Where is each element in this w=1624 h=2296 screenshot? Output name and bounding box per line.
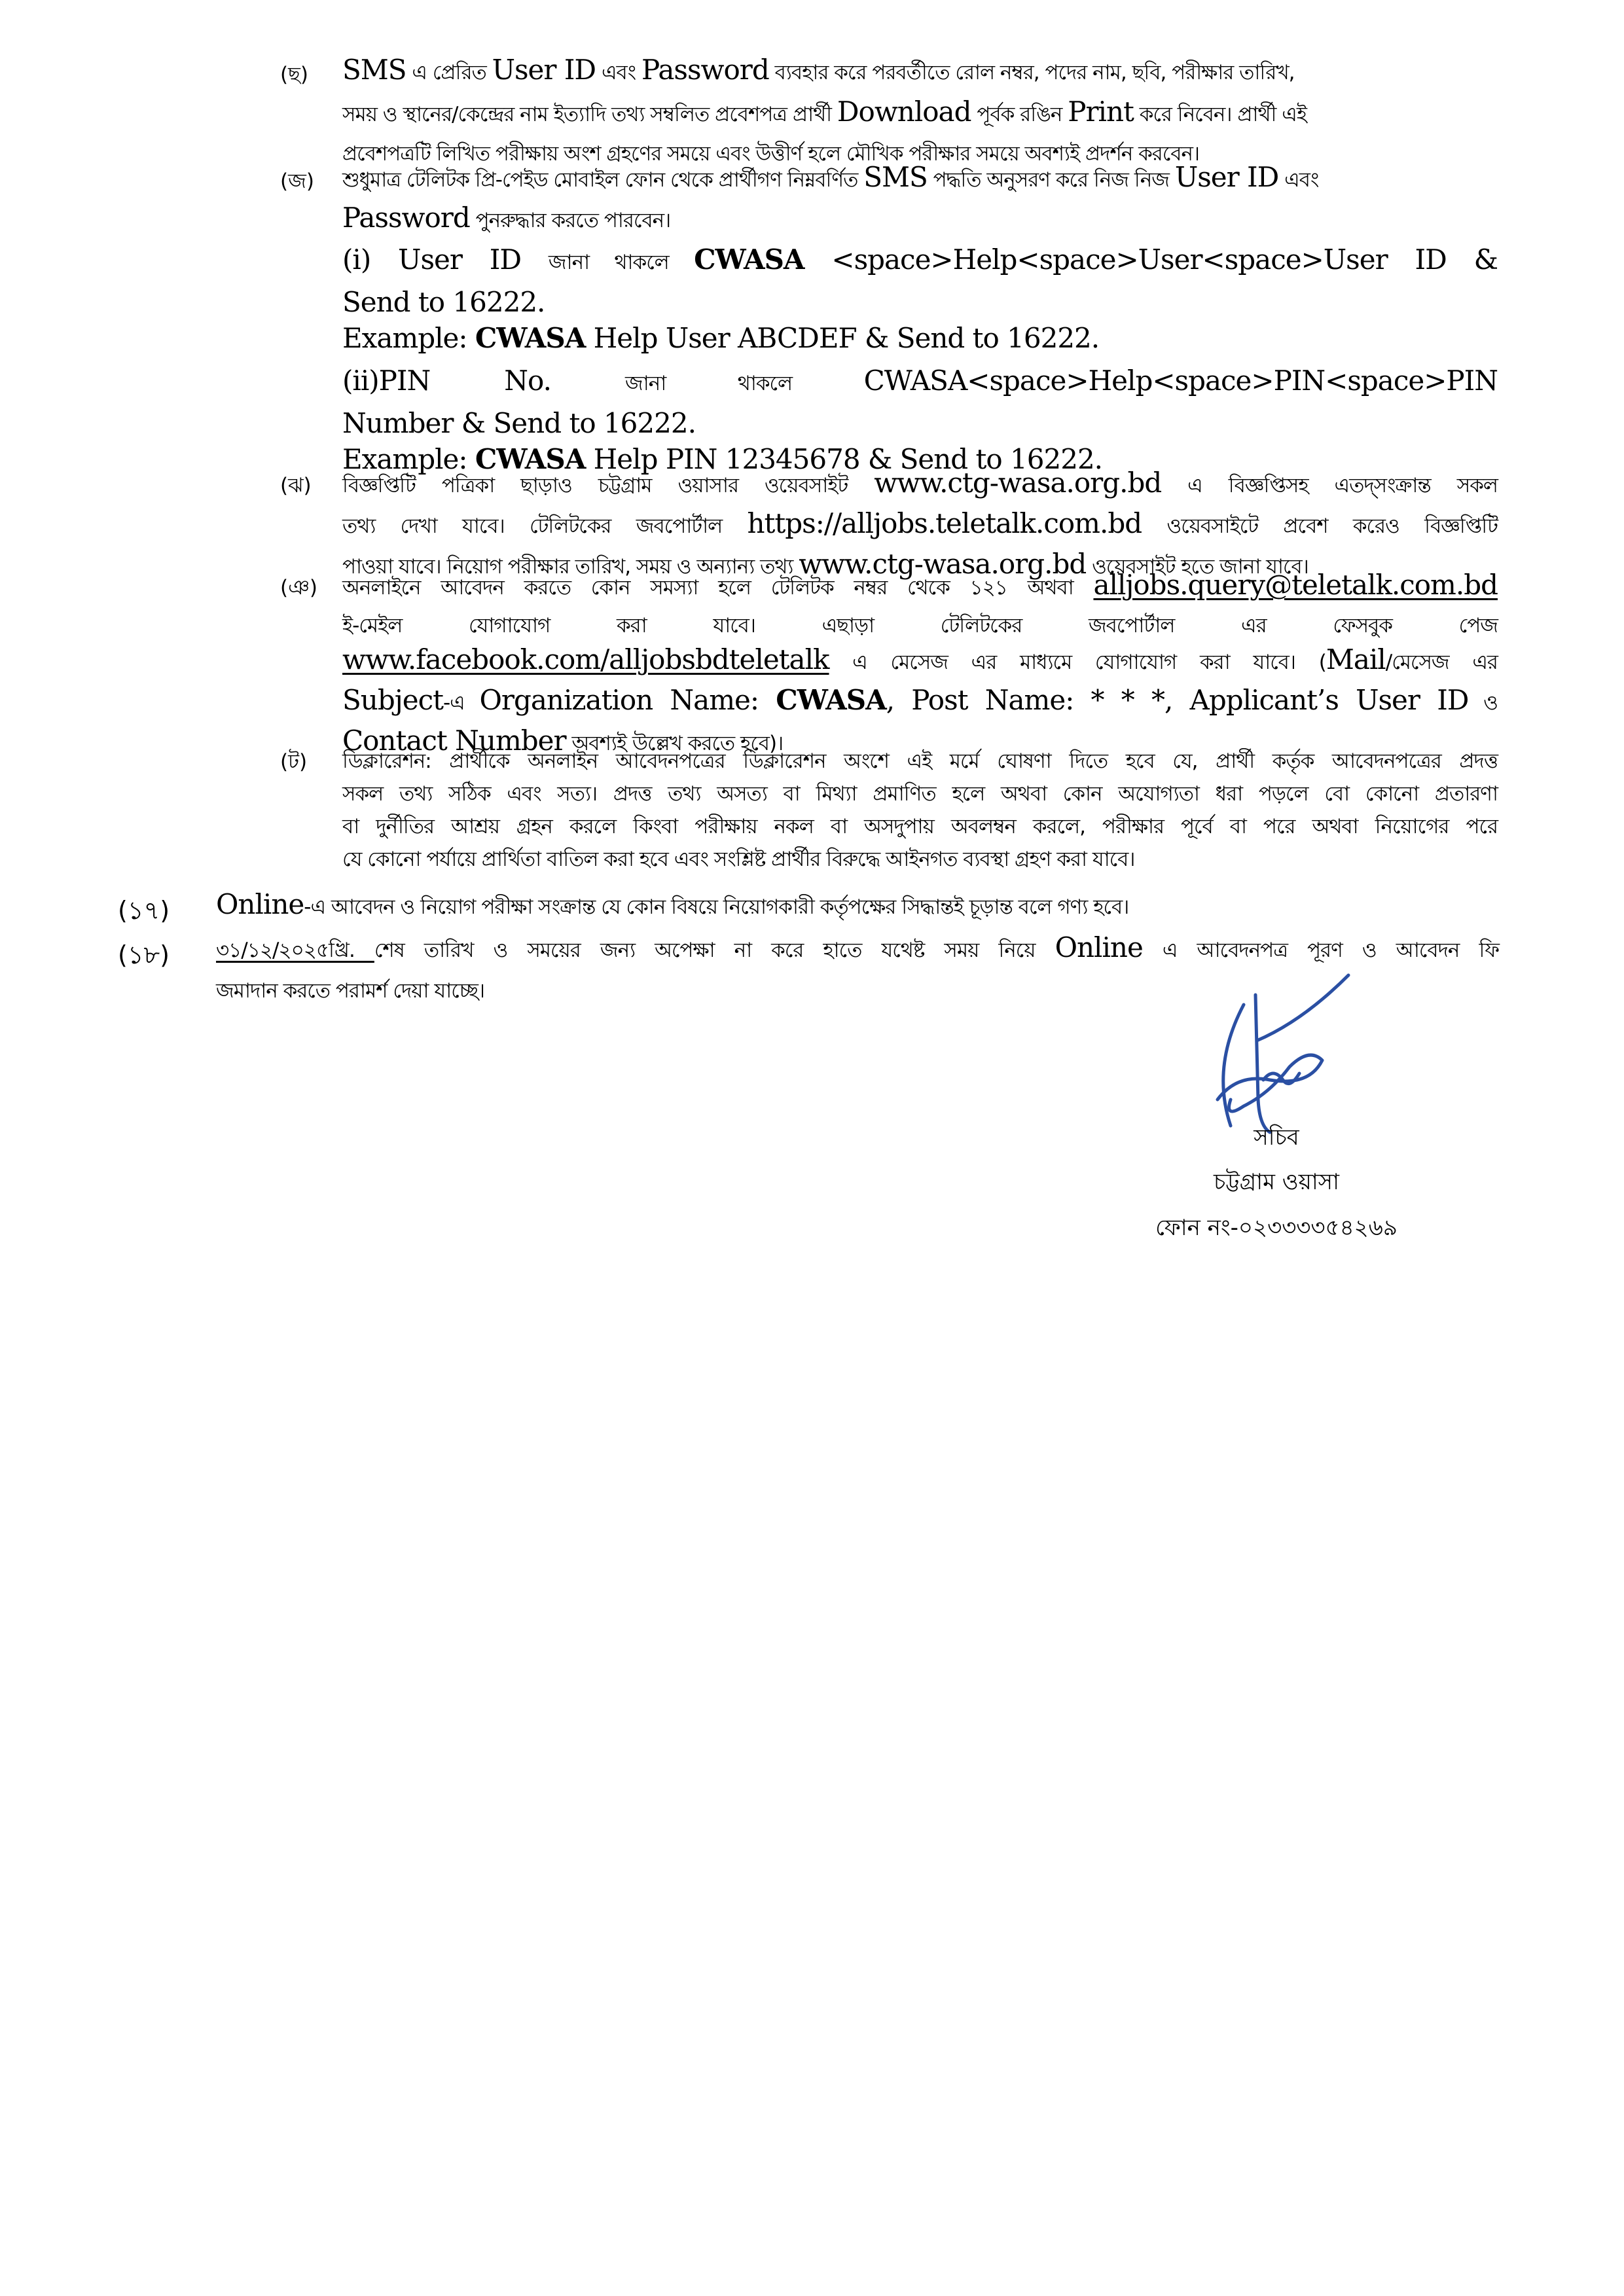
item-ta: (ট) ডিক্লারেশন: প্রার্থীকে অনলাইন আবেদনপ… [280, 745, 1498, 876]
item-ja: (জ) শুধুমাত্র টেলিটক প্রি-পেইড মোবাইল ফো… [280, 160, 1498, 484]
item-ta-line-1: ডিক্লারেশন: প্রার্থীকে অনলাইন আবেদনপত্রে… [342, 745, 1498, 778]
item-marker: (ঞ) [280, 572, 317, 606]
ctg-wasa-website-link[interactable]: www.ctg-wasa.org.bd [874, 467, 1161, 499]
clause-marker: (১৭) [118, 891, 170, 933]
sms-user-id-command: (i) User ID জানা থাকলে CWASA <space>Help… [342, 242, 1498, 284]
item-chha-line-1: SMS এ প্রেরিত User ID এবং Password ব্যবহ… [342, 52, 1498, 94]
signature-block: সচিব চট্টগ্রাম ওয়াসা ফোন নং-০২৩৩৩৩৫৪২৬৯ [1074, 969, 1479, 1244]
sms-instructions: (i) User ID জানা থাকলে CWASA <space>Help… [342, 242, 1498, 484]
alljobs-query-email-link[interactable]: alljobs.query@teletalk.com.bd [1093, 569, 1498, 601]
signature-icon [1191, 969, 1362, 1139]
item-jha-line-1: বিজ্ঞপ্তিটি পত্রিকা ছাড়াও চট্টগ্রাম ওয়… [342, 466, 1498, 507]
item-nya-line-2: ই-মেইল যোগাযোগ করা যাবে। এছাড়া টেলিটকের… [342, 609, 1498, 643]
item-marker: (জ) [280, 166, 314, 200]
item-marker: (ছ) [280, 59, 308, 93]
item-chha-line-2: সময় ও স্থানের/কেন্দ্রের নাম ইত্যাদি তথ্… [342, 94, 1498, 136]
teletalk-jobportal-link[interactable]: https://alljobs.teletalk.com.bd [747, 507, 1142, 539]
item-nya-line-1: অনলাইনে আবেদন করতে কোন সমস্যা হলে টেলিটক… [342, 568, 1498, 609]
item-nya-line-4: Subject-এ Organization Name: CWASA, Post… [342, 683, 1498, 724]
item-ja-line-1: শুধুমাত্র টেলিটক প্রি-পেইড মোবাইল ফোন থে… [342, 160, 1498, 201]
sms-user-id-command-cont: Send to 16222. [342, 284, 1498, 320]
deadline-date: ৩১/১২/২০২৫খ্রি. [216, 939, 374, 962]
item-ja-line-2: Password পুনরুদ্ধার করতে পারবেন। [342, 201, 1498, 242]
item-ta-line-2: সকল তথ্য সঠিক এবং সত্য। প্রদত্ত তথ্য অসত… [342, 778, 1498, 810]
signatory-phone: ফোন নং-০২৩৩৩৩৫৪২৬৯ [1074, 1211, 1479, 1248]
clause-marker: (১৮) [118, 936, 170, 978]
item-marker: (ট) [280, 746, 307, 780]
facebook-page-link[interactable]: www.facebook.com/alljobsbdteletalk [342, 643, 829, 675]
item-ta-line-4: যে কোনো পর্যায়ে প্রার্থিতা বাতিল করা হব… [342, 843, 1498, 876]
signatory-designation: সচিব [1074, 1121, 1479, 1158]
item-chha: (ছ) SMS এ প্রেরিত User ID এবং Password ব… [280, 52, 1498, 171]
notice-page: (ছ) SMS এ প্রেরিত User ID এবং Password ব… [0, 0, 1624, 2296]
item-nya: (ঞ) অনলাইনে আবেদন করতে কোন সমস্যা হলে টে… [280, 568, 1498, 764]
item-ta-line-3: বা দুর্নীতির আশ্রয় গ্রহন করলে কিংবা পরী… [342, 810, 1498, 843]
item-marker: (ঝ) [280, 470, 312, 504]
clause-17: (১৭) Online-এ আবেদন ও নিয়োগ পরীক্ষা সংক… [118, 885, 1499, 931]
sms-pin-command-cont: Number & Send to 16222. [342, 405, 1498, 441]
sms-pin-command: (ii)PIN No. জানা থাকলে CWASA<space>Help<… [342, 363, 1498, 405]
sms-user-id-example: Example: CWASA Help User ABCDEF & Send t… [342, 320, 1498, 363]
signatory-organization: চট্টগ্রাম ওয়াসা [1074, 1165, 1479, 1202]
item-nya-line-3: www.facebook.com/alljobsbdteletalk এ মেস… [342, 643, 1498, 683]
item-jha-line-2: তথ্য দেখা যাবে। টেলিটকের জবপোর্টাল https… [342, 507, 1498, 547]
